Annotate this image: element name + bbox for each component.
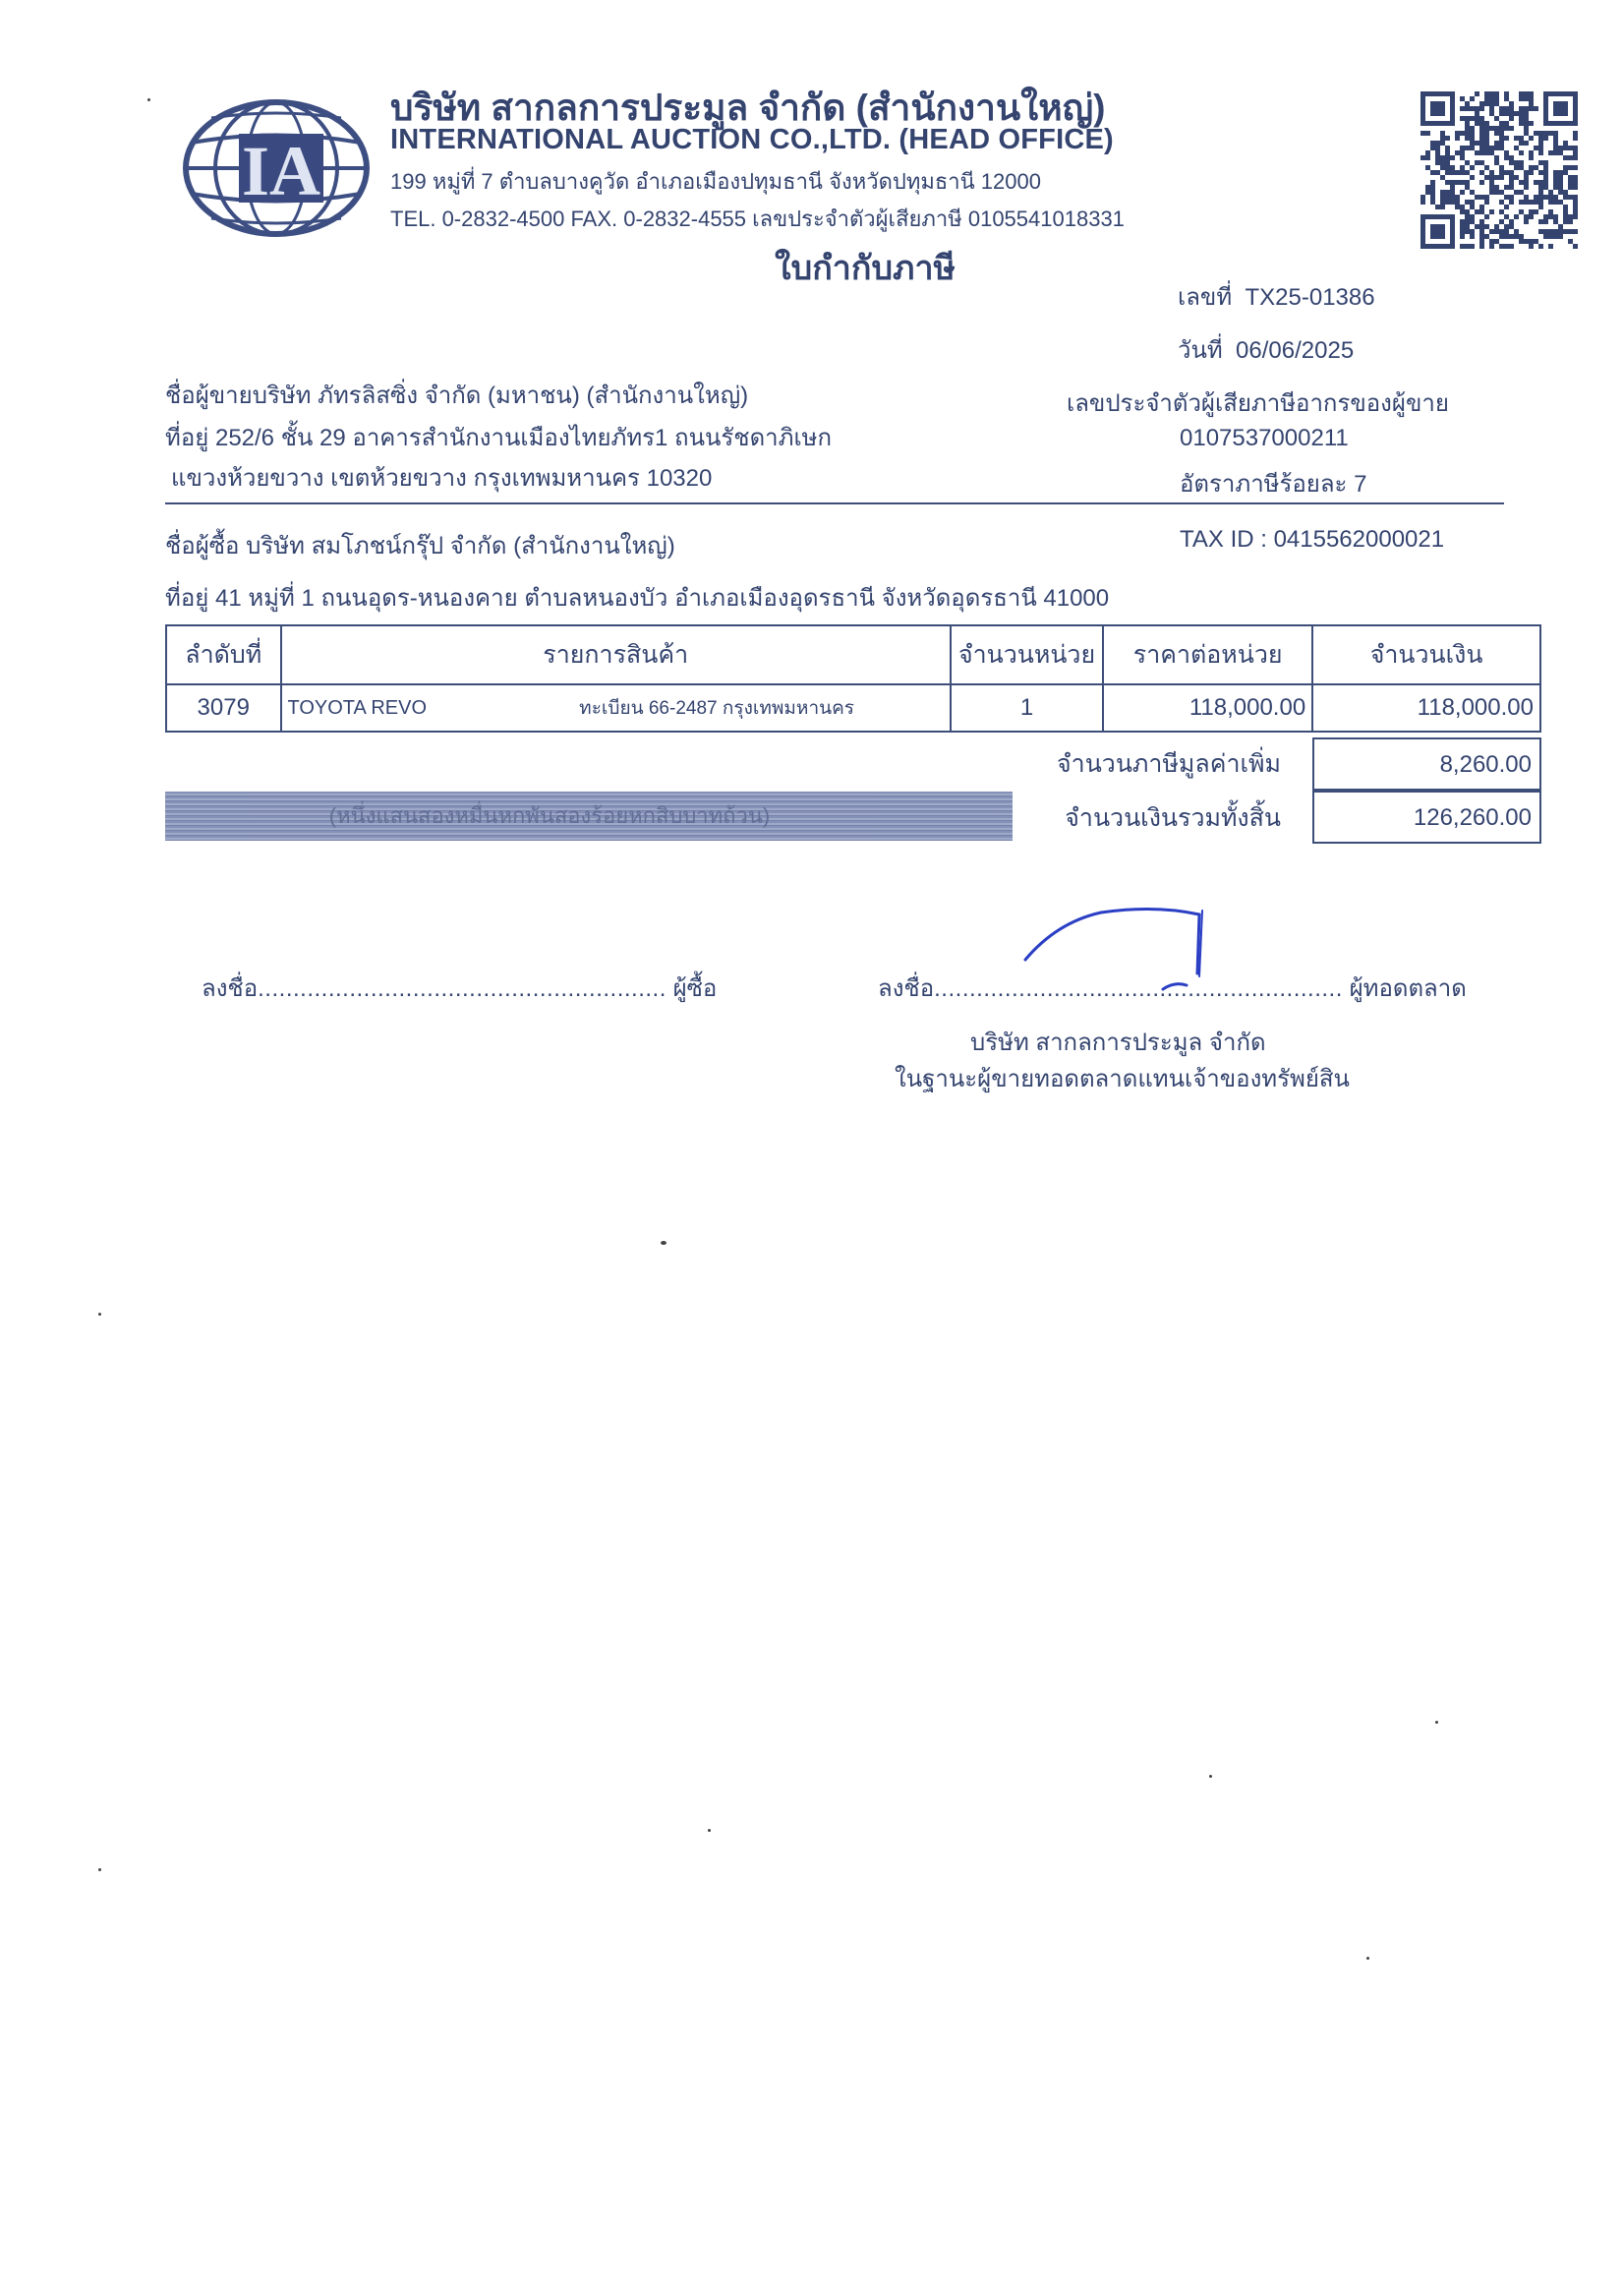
buyer-address: ที่อยู่ 41 หมู่ที่ 1 ถนนอุดร-หนองคาย ตำบ… xyxy=(165,578,1109,617)
company-logo: IA xyxy=(182,98,371,238)
buyer-signature-dots: ........................................… xyxy=(258,975,667,1002)
vat-rate: อัตราภาษีร้อยละ 7 xyxy=(1180,464,1366,502)
table-header-row: ลำดับที่ รายการสินค้า จำนวนหน่วย ราคาต่อ… xyxy=(166,625,1540,684)
document-date: วันที่ 06/06/2025 xyxy=(1178,330,1354,369)
row-seq: 3079 xyxy=(166,684,281,732)
document-date-value: 06/06/2025 xyxy=(1236,337,1354,364)
vat-label: จำนวนภาษีมูลค่าเพิ่ม xyxy=(1057,744,1281,784)
buyer-name: ชื่อผู้ซื้อ บริษัท สมโภชน์กรุ๊ป จำกัด (ส… xyxy=(165,526,675,564)
scan-speck xyxy=(98,1313,101,1316)
scan-speck xyxy=(708,1829,711,1832)
scan-speck xyxy=(661,1241,667,1245)
buyer-signature-line: ลงชื่อ..................................… xyxy=(202,969,717,1007)
row-item: TOYOTA REVO ทะเบียน 66-2487 กรุงเทพมหานค… xyxy=(281,684,951,732)
scan-speck xyxy=(1209,1775,1212,1778)
company-contact: TEL. 0-2832-4500 FAX. 0-2832-4555 เลขประ… xyxy=(390,202,1125,236)
section-divider xyxy=(165,502,1504,504)
seller-address-line2: แขวงห้วยขวาง เขตห้วยขวาง กรุงเทพมหานคร 1… xyxy=(171,458,712,497)
scan-speck xyxy=(1435,1721,1438,1724)
handwritten-signature xyxy=(1017,903,1214,996)
company-name-english: INTERNATIONAL AUCTION CO.,LTD. (HEAD OFF… xyxy=(390,124,1114,156)
document-number-label: เลขที่ xyxy=(1178,284,1232,311)
row-qty: 1 xyxy=(951,684,1103,732)
row-item-plate: ทะเบียน 66-2487 กรุงเทพมหานคร xyxy=(579,698,854,719)
row-amount: 118,000.00 xyxy=(1312,684,1540,732)
buyer-tax-id: TAX ID : 0415562000021 xyxy=(1180,526,1444,554)
buyer-signature-prefix: ลงชื่อ xyxy=(202,975,258,1002)
auctioneer-signature-role: ผู้ทอดตลาด xyxy=(1350,975,1467,1002)
grand-total-amount: 126,260.00 xyxy=(1312,791,1541,844)
company-address: 199 หมู่ที่ 7 ตำบลบางคูวัด อำเภอเมืองปทุ… xyxy=(390,164,1041,199)
seller-name: ชื่อผู้ขายบริษัท ภัทรลิสซิ่ง จำกัด (มหาช… xyxy=(165,376,748,414)
document-date-label: วันที่ xyxy=(1178,337,1223,364)
header-unit-price: ราคาต่อหน่วย xyxy=(1103,625,1312,684)
items-table: ลำดับที่ รายการสินค้า จำนวนหน่วย ราคาต่อ… xyxy=(165,624,1541,733)
header-item: รายการสินค้า xyxy=(281,625,951,684)
scan-speck xyxy=(1366,1957,1369,1960)
table-row: 3079 TOYOTA REVO ทะเบียน 66-2487 กรุงเทพ… xyxy=(166,684,1540,732)
amount-in-words: (หนึ่งแสนสองหมื่นหกพันสองร้อยหกสิบบาทถ้ว… xyxy=(165,792,1013,841)
qr-code-icon xyxy=(1416,87,1583,254)
svg-text:IA: IA xyxy=(242,132,320,210)
scan-speck xyxy=(147,98,150,101)
scan-speck xyxy=(98,1868,101,1871)
row-item-name: TOYOTA REVO xyxy=(288,697,573,720)
document-number: เลขที่ TX25-01386 xyxy=(1178,277,1375,316)
amount-in-words-text: (หนึ่งแสนสองหมื่นหกพันสองร้อยหกสิบบาทถ้ว… xyxy=(329,803,770,828)
seller-address-line1: ที่อยู่ 252/6 ชั้น 29 อาคารสำนักงานเมือง… xyxy=(165,418,832,456)
buyer-signature-role: ผู้ซื้อ xyxy=(673,975,718,1002)
auctioneer-signature-prefix: ลงชื่อ xyxy=(878,975,934,1002)
seller-tax-id: 0107537000211 xyxy=(1180,425,1349,452)
vat-amount: 8,260.00 xyxy=(1312,737,1541,791)
auctioneer-org: บริษัท สากลการประมูล จำกัด xyxy=(970,1023,1266,1061)
globe-logo-icon: IA xyxy=(182,98,371,238)
grand-total-label: จำนวนเงินรวมทั้งสิ้น xyxy=(1065,798,1281,838)
signature-stroke-icon xyxy=(1017,903,1214,996)
header-qty: จำนวนหน่วย xyxy=(951,625,1103,684)
row-unit-price: 118,000.00 xyxy=(1103,684,1312,732)
document-number-value: TX25-01386 xyxy=(1245,284,1374,311)
seller-tax-id-label: เลขประจำตัวผู้เสียภาษีอากรของผู้ขาย xyxy=(1067,383,1449,422)
header-amount: จำนวนเงิน xyxy=(1312,625,1540,684)
document-title: ใบกำกับภาษี xyxy=(0,241,1623,294)
header-seq: ลำดับที่ xyxy=(166,625,281,684)
auctioneer-capacity: ในฐานะผู้ขายทอดตลาดแทนเจ้าของทรัพย์สิน xyxy=(895,1059,1350,1097)
